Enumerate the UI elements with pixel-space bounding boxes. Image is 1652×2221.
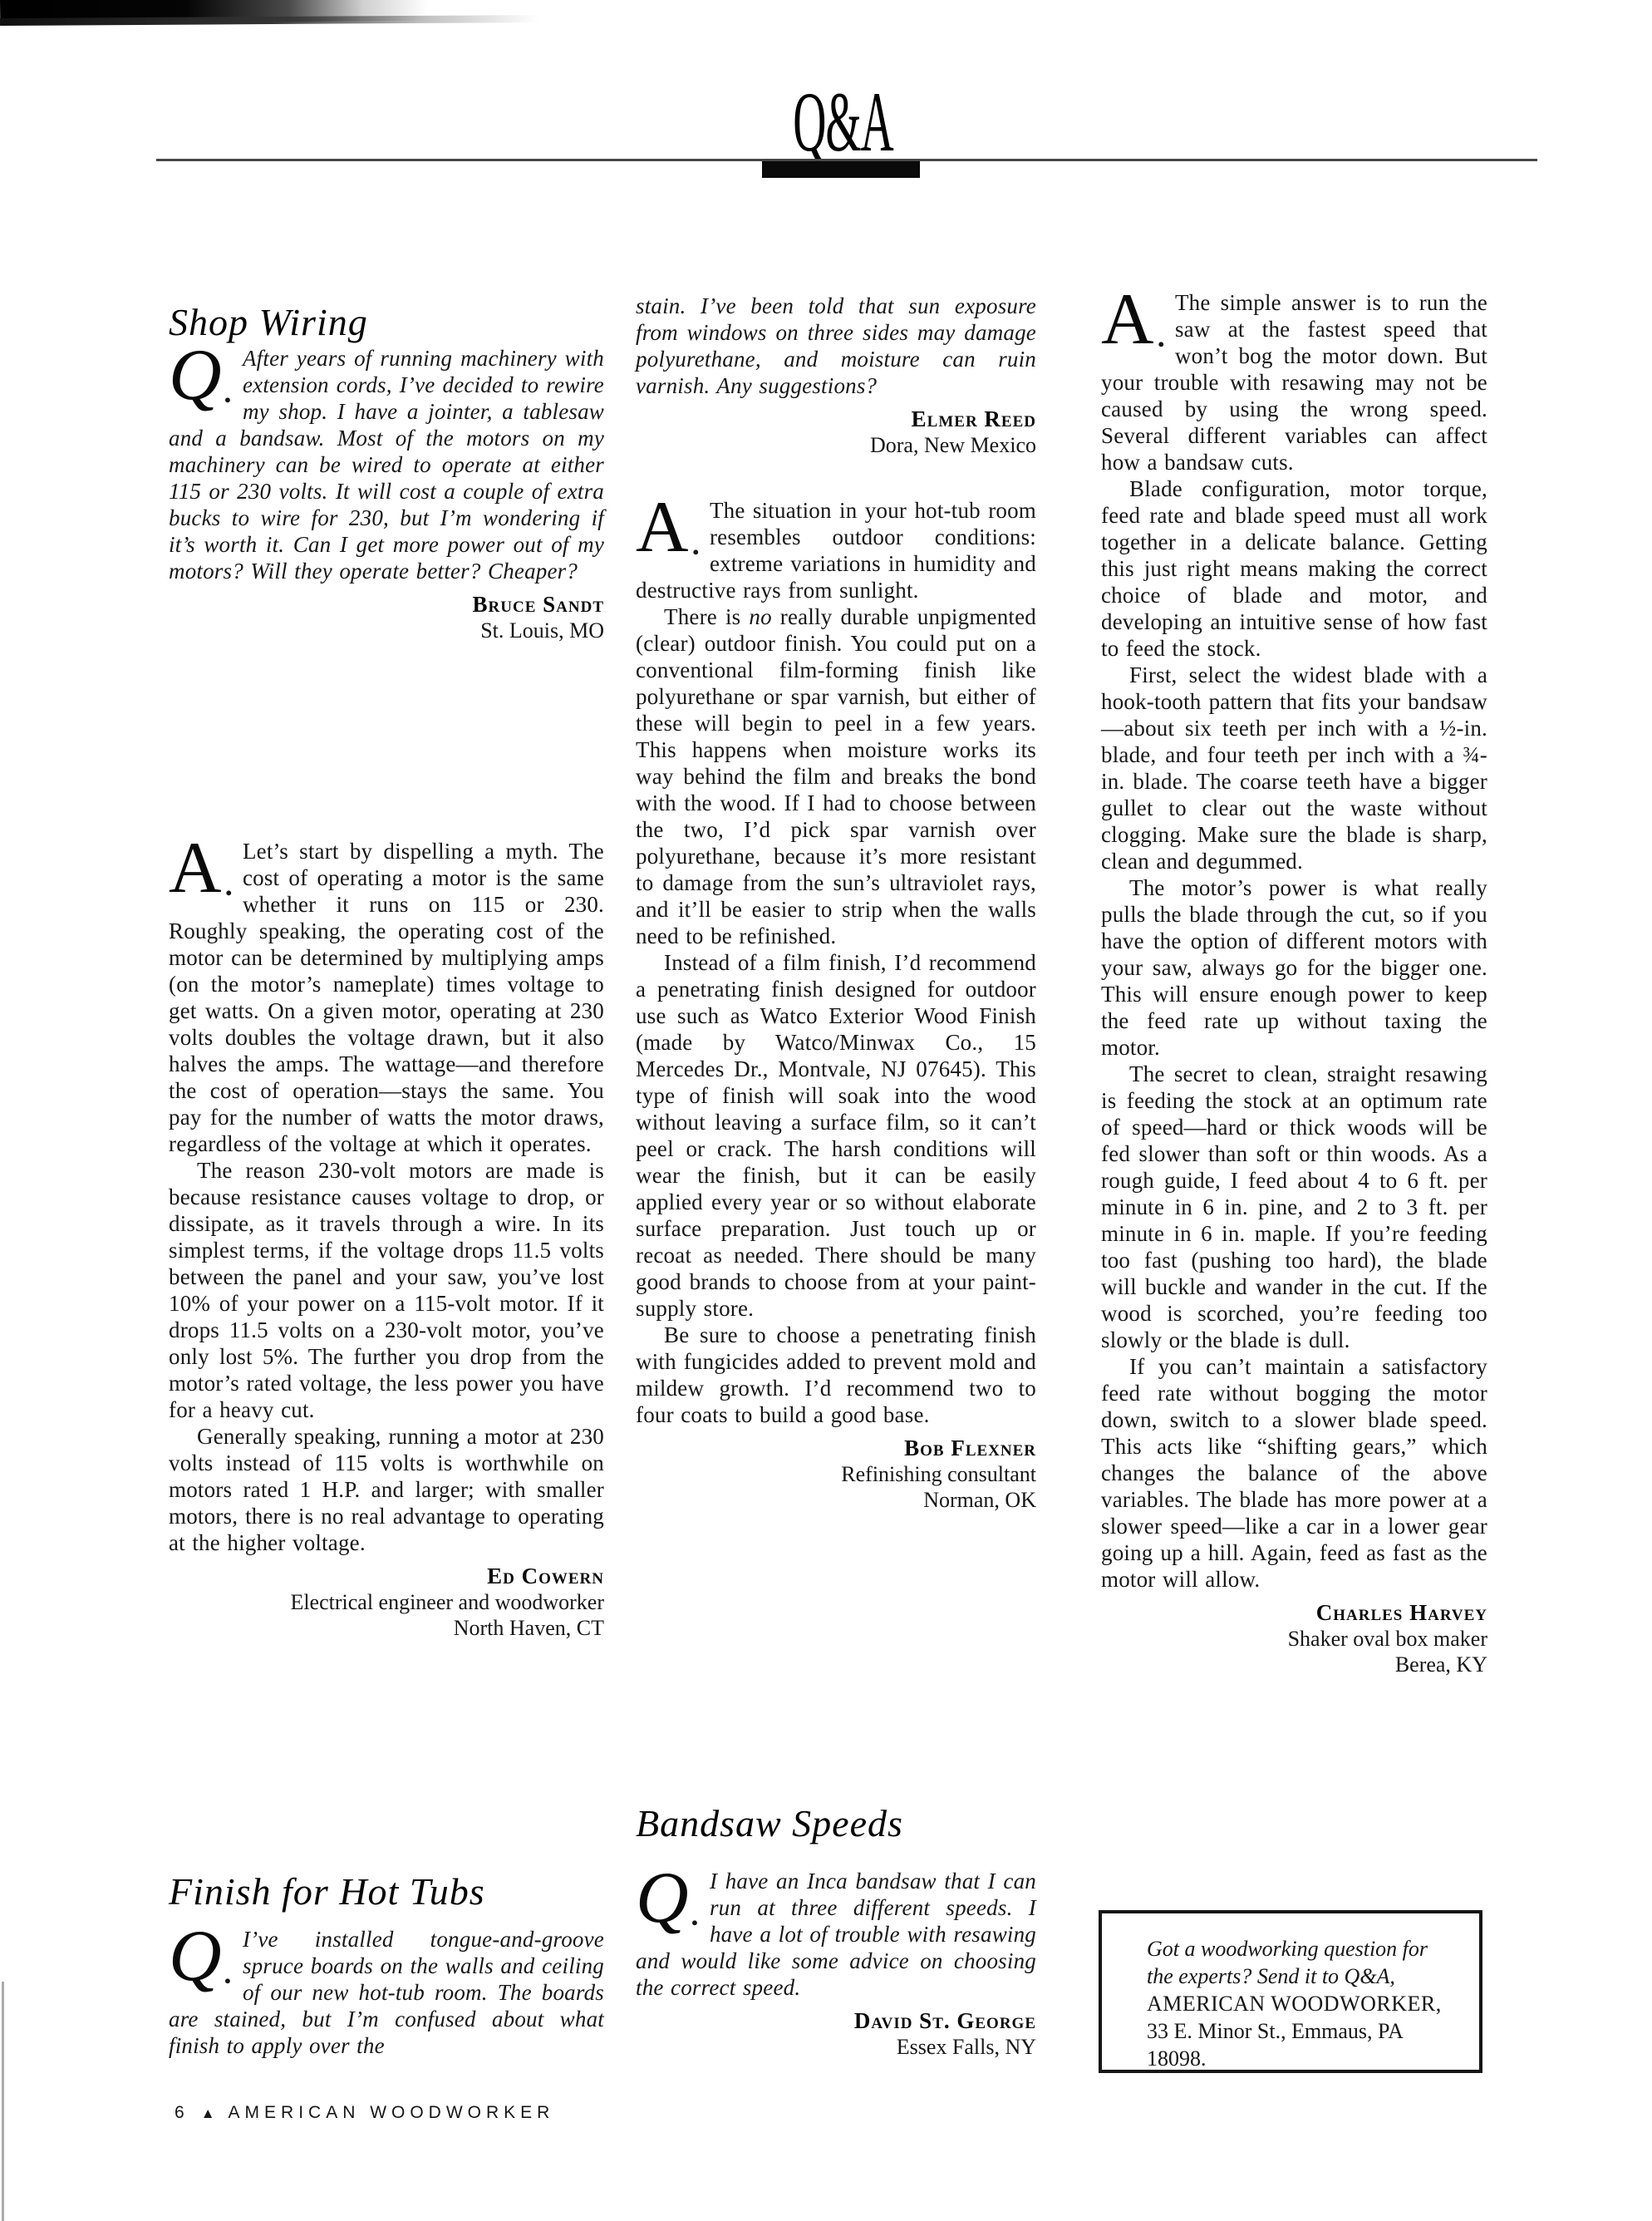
page-footer: 6▲AMERICAN WOODWORKER [175,2103,554,2123]
answer-text: Let’s start by dispelling a myth. The co… [169,839,604,1156]
shop-wiring-question: Q.After years of running machinery with … [169,345,604,584]
bandsaw-answer-block: A.The simple answer is to run the saw at… [1101,289,1487,1677]
submission-address-name: AMERICAN WOODWORKER, [1147,1992,1442,2016]
answer-paragraph: Generally speaking, running a motor at 2… [169,1423,604,1556]
answer-paragraph: First, select the widest blade with a ho… [1101,662,1487,874]
submission-address: 33 E. Minor St., Emmaus, PA 18098. [1147,2019,1402,2071]
signature: Ed Cowern Electrical engineer and woodwo… [169,1564,604,1641]
question-submission-box: Got a woodworking question for the exper… [1099,1910,1482,2073]
a-dropcap: A. [636,501,700,554]
hot-tubs-question-block: Finish for Hot Tubs Q.I’ve installed ton… [169,1870,604,2059]
a-dropcap: A. [1101,293,1165,347]
magazine-name: AMERICAN WOODWORKER [229,2103,555,2122]
masthead: Q&A [750,83,933,162]
signature-location: St. Louis, MO [169,618,604,643]
signature-author: Charles Harvey [1101,1600,1487,1626]
signature-location: Dora, New Mexico [636,432,1036,458]
hot-tubs-question-part2: stain. I’ve been told that sun exposure … [636,293,1036,399]
answer-paragraph: Blade configuration, motor torque, feed … [1101,475,1487,662]
q-dropcap: Q. [636,1872,700,1925]
answer-paragraph: A.The simple answer is to run the saw at… [1101,289,1487,475]
bandsaw-question: Q.I have an Inca bandsaw that I can run … [636,1868,1036,2001]
signature: Bruce Sandt St. Louis, MO [169,592,604,643]
magazine-qa-page: Q&A Shop Wiring Q.After years of running… [0,0,1652,2221]
signature: Elmer Reed Dora, New Mexico [636,406,1036,458]
signature: Bob Flexner Refinishing consultant Norma… [636,1436,1036,1513]
triangle-icon: ▲ [201,2105,215,2121]
submission-prompt: Got a woodworking question for the exper… [1147,1937,1428,1988]
answer-paragraph: A.The situation in your hot-tub room res… [636,497,1036,603]
signature: David St. George Essex Falls, NY [636,2008,1036,2060]
q-dropcap: Q. [169,349,233,402]
emphasized-word: no [749,604,771,629]
signature-role: Refinishing consultant [636,1461,1036,1487]
a-dropcap: A. [169,842,233,895]
answer-paragraph: The motor’s power is what really pulls t… [1101,874,1487,1061]
page-number: 6 [175,2103,189,2122]
signature-author: Bruce Sandt [169,592,604,618]
hot-tubs-answer-block: A.The situation in your hot-tub room res… [636,497,1036,1513]
section-heading-bandsaw-speeds: Bandsaw Speeds [636,1802,1036,1846]
signature-role: Electrical engineer and woodworker [169,1589,604,1615]
hot-tubs-question-continuation-block: stain. I’ve been told that sun exposure … [636,293,1036,458]
question-text: I’ve installed tongue-and-groove spruce … [169,1927,604,2058]
signature: Charles Harvey Shaker oval box maker Ber… [1101,1600,1487,1677]
q-dropcap: Q. [169,1930,233,1983]
answer-paragraph: Be sure to choose a penetrating finish w… [636,1322,1036,1428]
answer-paragraph: If you can’t maintain a satisfactory fee… [1101,1353,1487,1593]
header-black-bar [762,161,920,178]
question-text: After years of running machinery with ex… [169,346,604,584]
answer-paragraph: Instead of a film finish, I’d recommend … [636,949,1036,1322]
signature-author: Bob Flexner [636,1436,1036,1461]
bandsaw-question-block: Bandsaw Speeds Q.I have an Inca bandsaw … [636,1802,1036,2060]
answer-paragraph: A.Let’s start by dispelling a myth. The … [169,838,604,1157]
signature-author: Ed Cowern [169,1564,604,1589]
signature-location: Berea, KY [1101,1652,1487,1677]
shop-wiring-question-block: Shop Wiring Q.After years of running mac… [169,301,604,643]
signature-author: Elmer Reed [636,406,1036,432]
section-heading-shop-wiring: Shop Wiring [169,301,604,345]
signature-location: North Haven, CT [169,1615,604,1641]
answer-paragraph: There is no really durable unpigmented (… [636,603,1036,949]
signature-location: Essex Falls, NY [636,2034,1036,2060]
section-heading-finish-for-hot-tubs: Finish for Hot Tubs [169,1870,604,1914]
signature-role: Shaker oval box maker [1101,1626,1487,1652]
answer-paragraph: The reason 230-volt motors are made is b… [169,1157,604,1423]
answer-paragraph: The secret to clean, straight resawing i… [1101,1061,1487,1353]
shop-wiring-answer-block: A.Let’s start by dispelling a myth. The … [169,838,604,1641]
hot-tubs-question-part1: Q.I’ve installed tongue-and-groove spruc… [169,1926,604,2059]
scan-edge-line-artifact [2,1982,4,2221]
signature-author: David St. George [636,2008,1036,2034]
page-title: Q&A [793,83,892,162]
signature-location: Norman, OK [636,1487,1036,1513]
